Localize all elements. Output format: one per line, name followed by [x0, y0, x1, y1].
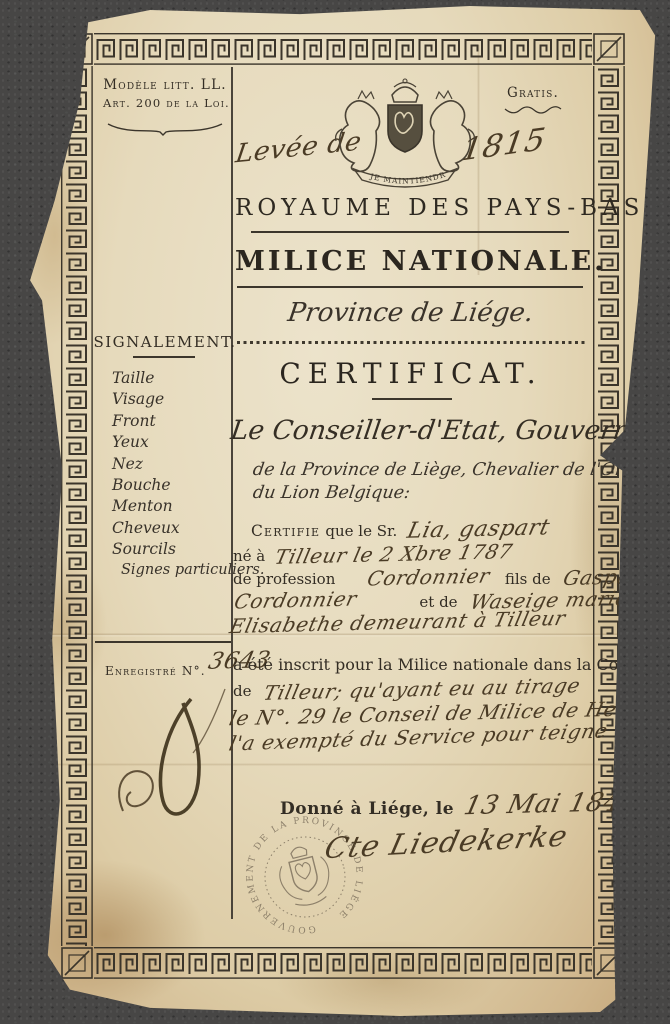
- date-handwriting: 13 Mai 1842.: [461, 787, 650, 821]
- trait-item: Front: [112, 411, 180, 432]
- header-rule2: [237, 286, 583, 288]
- paraph-flourish: [93, 683, 238, 838]
- governor-line1-text: Le Conseiller-d'Etat, Gouverneur: [229, 415, 670, 446]
- governor-line2: de la Province de Liège, Chevalier de l'…: [253, 460, 653, 480]
- trait-item: Taille: [112, 368, 180, 389]
- profession-handwriting: Cordonnier: [365, 564, 492, 591]
- province-text: Province de Liége.: [286, 298, 535, 328]
- dotted-separator: [237, 341, 585, 344]
- registry-rule: [95, 641, 231, 643]
- certifie-rest: que le Sr.: [325, 522, 397, 540]
- profession-line: de profession Cordonnier fils de Gaspart: [233, 565, 648, 589]
- milice-title: MILICE NATIONALE.: [235, 246, 587, 277]
- kingdom-title: ROYAUME DES PAYS-BAS.: [235, 195, 587, 221]
- model-line2: Art. 200 de la Loi.: [103, 96, 227, 110]
- governor-line2-text: de la Province de Liège, Chevalier de l'…: [252, 460, 655, 480]
- trait-item: Bouche: [112, 475, 180, 496]
- signature-line: Cte Liedekerke: [327, 825, 566, 859]
- certifie-word: Certifie: [251, 522, 320, 540]
- signalement-rule: [133, 356, 195, 358]
- border-corner: [60, 32, 94, 66]
- de-label: de: [233, 682, 251, 700]
- model-line1: Modèle litt. LL.: [103, 77, 227, 93]
- gratis-block: Gratis.: [501, 85, 565, 101]
- exempt-line: l'a exempté du Service pour teigne: [231, 725, 606, 749]
- brace-ornament: [105, 121, 225, 137]
- ne-label: né à: [233, 547, 265, 565]
- border-corner: [592, 32, 626, 66]
- signalement-title: SIGNALEMENT.: [93, 333, 237, 351]
- trait-item: Cheveux: [112, 518, 180, 539]
- governor-line3-text: du Lion Belgique:: [252, 483, 412, 503]
- certificat-rule: [372, 398, 452, 400]
- photo-background: Modèle litt. LL. Art. 200 de la Loi. SIG…: [0, 0, 670, 1024]
- border-top: [94, 32, 592, 66]
- certificat-title: CERTIFICAT.: [235, 357, 587, 390]
- border-corner: [60, 946, 94, 980]
- certify-line: Certifie que le Sr. Lia, gaspart: [251, 517, 549, 542]
- model-note: Modèle litt. LL. Art. 200 de la Loi.: [103, 77, 227, 110]
- border-left: [60, 66, 94, 946]
- governor-line1: Le Conseiller-d'Etat, Gouverneur: [231, 415, 591, 446]
- header-rule: [251, 231, 569, 233]
- fils-label: fils de: [505, 570, 551, 588]
- certificate-paper: Modèle litt. LL. Art. 200 de la Loi. SIG…: [25, 5, 657, 1017]
- mother2-line: Elisabethe demeurant à Tilleur: [231, 610, 565, 634]
- born-line: né à Tilleur le 2 Xbre 1787: [233, 542, 512, 566]
- trait-item: Yeux: [112, 432, 180, 453]
- gratis-underline: [503, 105, 563, 115]
- trait-item: Sourcils: [112, 539, 180, 560]
- gratis-label: Gratis.: [501, 85, 565, 101]
- governor-line3: du Lion Belgique:: [253, 483, 410, 503]
- province-script: Province de Liége.: [235, 298, 587, 328]
- trait-item: Menton: [112, 496, 180, 517]
- trait-item: Visage: [112, 389, 180, 410]
- trait-item: Nez: [112, 454, 180, 475]
- inscription-line: a été inscrit pour la Milice nationale d…: [233, 655, 589, 674]
- coat-of-arms: JE MAINTIENDRAI.: [328, 77, 482, 199]
- border-bottom: [94, 946, 592, 980]
- border-corner: [592, 946, 626, 980]
- profession-label: de profession: [233, 570, 335, 588]
- commune-line: de Tilleur; qu'ayant eu au tirage: [233, 677, 579, 701]
- registry-label: Enregistré N°.: [105, 664, 206, 678]
- signalement-list: Taille Visage Front Yeux Nez Bouche Ment…: [112, 368, 180, 561]
- mother2-handwriting: Elisabethe demeurant à Tilleur: [227, 606, 568, 638]
